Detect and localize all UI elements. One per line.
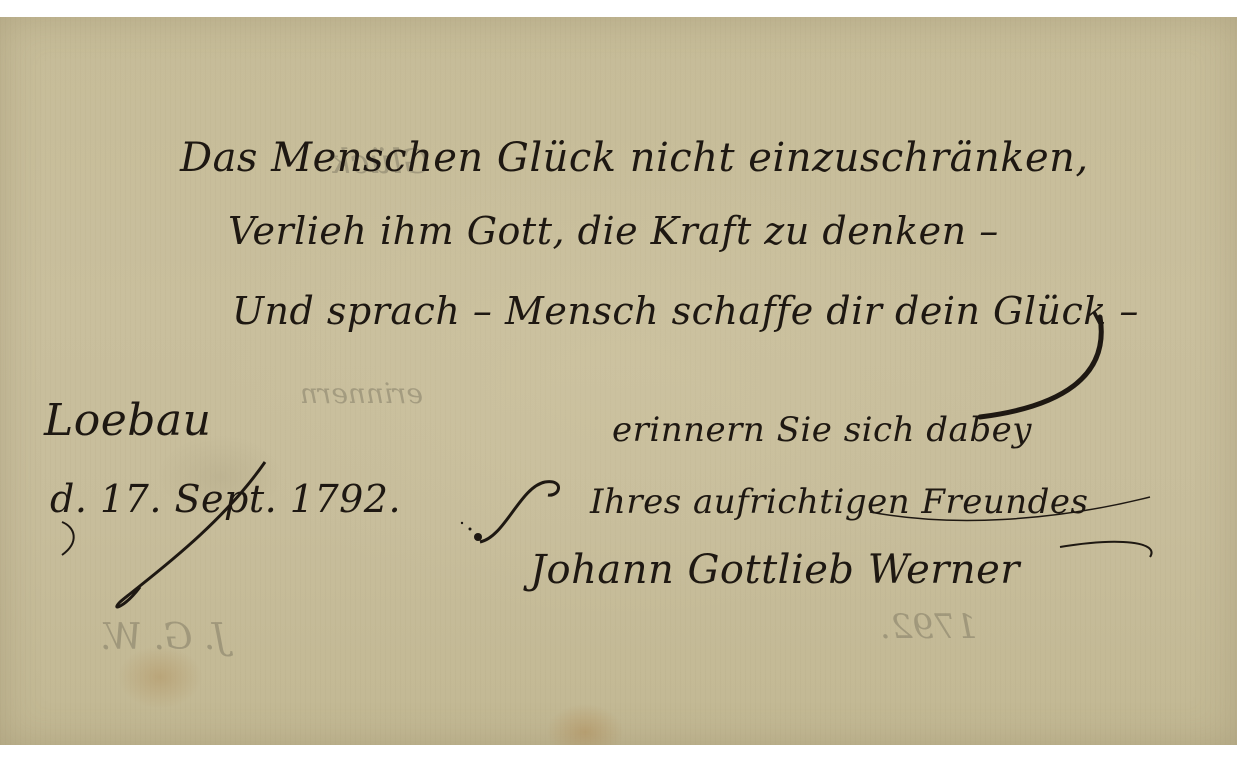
closing-line-1: erinnern Sie sich dabey xyxy=(612,410,1032,450)
verse-line-2: Verlieh ihm Gott, die Kraft zu denken – xyxy=(228,209,999,253)
verse-line-1: Das Menschen Glück nicht einzuschränken, xyxy=(180,135,1089,181)
bleed-through-year: 1792. xyxy=(880,607,977,647)
date-line: d. 17. Sept. 1792. xyxy=(50,477,401,521)
closing-line-2: Ihres aufrichtigen Freundes xyxy=(590,482,1089,522)
bleed-through-text: erinnern xyxy=(300,377,423,410)
verse-line-3: Und sprach – Mensch schaffe dir dein Glü… xyxy=(232,289,1139,333)
signature: Johann Gottlieb Werner xyxy=(530,547,1020,593)
bleed-through-initials: J. G. W. xyxy=(100,617,227,658)
manuscript-page: Glück erinnern 1792. J. G. W. Das Mensch… xyxy=(0,17,1237,745)
place-name: Loebau xyxy=(44,395,211,446)
